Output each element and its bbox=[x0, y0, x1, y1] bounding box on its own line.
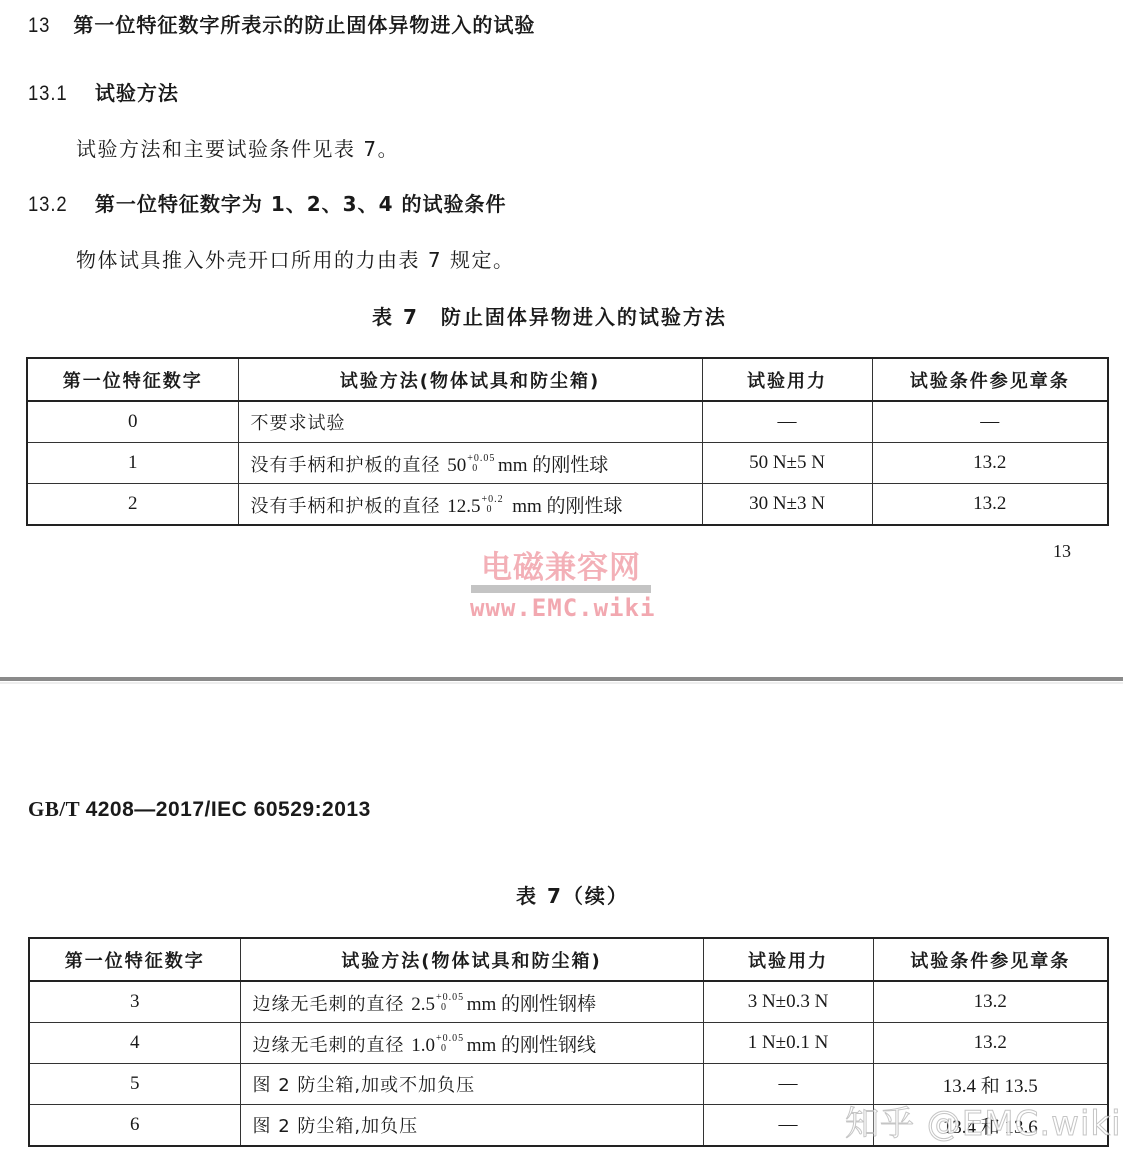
tolerance: +0.20 bbox=[481, 498, 503, 516]
cell-method: 边缘无毛刺的直径 1.0+0.050 mm 的刚性钢线 bbox=[240, 1023, 703, 1064]
watermark-zhihu: 知乎 @EMC.wiki bbox=[845, 1096, 1122, 1145]
cell-digit: 5 bbox=[29, 1064, 240, 1105]
cell-method: 边缘无毛刺的直径 2.5+0.050 mm 的刚性钢棒 bbox=[240, 981, 703, 1023]
page-number: 13 bbox=[1053, 541, 1071, 562]
table-row: 0 不要求试验 — — bbox=[27, 401, 1108, 443]
cell-method: 图 2 防尘箱,加负压 bbox=[240, 1105, 703, 1147]
table-row: 4 边缘无毛刺的直径 1.0+0.050 mm 的刚性钢线 1 N±0.1 N … bbox=[29, 1023, 1108, 1064]
table-header-row: 第一位特征数字 试验方法(物体试具和防尘箱) 试验用力 试验条件参见章条 bbox=[27, 358, 1108, 401]
table-header-row: 第一位特征数字 试验方法(物体试具和防尘箱) 试验用力 试验条件参见章条 bbox=[29, 938, 1108, 981]
cell-method: 图 2 防尘箱,加或不加负压 bbox=[240, 1064, 703, 1105]
table-row: 2 没有手柄和护板的直径 12.5+0.20 mm 的刚性球 30 N±3 N … bbox=[27, 484, 1108, 526]
header-force: 试验用力 bbox=[702, 358, 872, 401]
section-title: 第一位特征数字为 1、2、3、4 的试验条件 bbox=[95, 192, 507, 216]
section-number: 13.2 bbox=[28, 193, 67, 217]
watermark-site-name: 电磁兼容网 bbox=[470, 542, 652, 587]
tolerance: +0.050 bbox=[436, 996, 458, 1014]
table-row: 3 边缘无毛刺的直径 2.5+0.050 mm 的刚性钢棒 3 N±0.3 N … bbox=[29, 981, 1108, 1023]
section-13-1-body: 试验方法和主要试验条件见表 7。 bbox=[76, 133, 399, 162]
section-title: 试验方法 bbox=[95, 81, 179, 105]
cell-force: 3 N±0.3 N bbox=[703, 981, 873, 1023]
cell-digit: 1 bbox=[27, 443, 238, 484]
cell-digit: 2 bbox=[27, 484, 238, 526]
watermark-site-url: www.EMC.wiki bbox=[470, 594, 652, 622]
cell-method: 没有手柄和护板的直径 12.5+0.20 mm 的刚性球 bbox=[238, 484, 702, 526]
section-title: 第一位特征数字所表示的防止固体异物进入的试验 bbox=[73, 13, 535, 37]
standard-code-number: 4208—2017/IEC 60529:2013 bbox=[86, 798, 371, 821]
header-method: 试验方法(物体试具和防尘箱) bbox=[238, 358, 702, 401]
cell-digit: 6 bbox=[29, 1105, 240, 1147]
cell-force: 50 N±5 N bbox=[702, 443, 872, 484]
page-divider-shadow bbox=[0, 682, 1123, 684]
cell-method: 没有手柄和护板的直径 50+0.050 mm 的刚性球 bbox=[238, 443, 702, 484]
watermark-bar bbox=[471, 585, 651, 593]
header-digit: 第一位特征数字 bbox=[27, 358, 238, 401]
section-number: 13.1 bbox=[28, 82, 67, 106]
cell-clause: 13.2 bbox=[873, 981, 1108, 1023]
standard-code: GB/T 4208—2017/IEC 60529:2013 bbox=[28, 797, 371, 822]
header-digit: 第一位特征数字 bbox=[29, 938, 240, 981]
table-7-caption: 表 7 防止固体异物进入的试验方法 bbox=[372, 301, 727, 330]
cell-method: 不要求试验 bbox=[238, 401, 702, 443]
table-7-cont-caption: 表 7（续） bbox=[516, 880, 629, 909]
cell-force: 30 N±3 N bbox=[702, 484, 872, 526]
section-13-1-heading: 13.1试验方法 bbox=[28, 77, 179, 106]
standard-code-prefix: GB/T bbox=[28, 797, 80, 821]
table-row: 1 没有手柄和护板的直径 50+0.050 mm 的刚性球 50 N±5 N 1… bbox=[27, 443, 1108, 484]
cell-clause: 13.2 bbox=[873, 1023, 1108, 1064]
page-divider bbox=[0, 677, 1123, 681]
table-7: 第一位特征数字 试验方法(物体试具和防尘箱) 试验用力 试验条件参见章条 0 不… bbox=[26, 357, 1109, 526]
section-13-2-heading: 13.2第一位特征数字为 1、2、3、4 的试验条件 bbox=[28, 188, 506, 217]
cell-force: 1 N±0.1 N bbox=[703, 1023, 873, 1064]
tolerance: +0.050 bbox=[467, 457, 489, 475]
tolerance: +0.050 bbox=[436, 1037, 458, 1055]
header-force: 试验用力 bbox=[703, 938, 873, 981]
cell-digit: 4 bbox=[29, 1023, 240, 1064]
header-method: 试验方法(物体试具和防尘箱) bbox=[240, 938, 703, 981]
cell-clause: 13.2 bbox=[872, 484, 1108, 526]
header-clause: 试验条件参见章条 bbox=[873, 938, 1108, 981]
cell-force: — bbox=[702, 401, 872, 443]
cell-clause: — bbox=[872, 401, 1108, 443]
cell-digit: 3 bbox=[29, 981, 240, 1023]
header-clause: 试验条件参见章条 bbox=[872, 358, 1108, 401]
section-number: 13 bbox=[28, 14, 50, 38]
section-13-heading: 13第一位特征数字所表示的防止固体异物进入的试验 bbox=[28, 9, 535, 38]
cell-digit: 0 bbox=[27, 401, 238, 443]
section-13-2-body: 物体试具推入外壳开口所用的力由表 7 规定。 bbox=[76, 244, 514, 273]
cell-clause: 13.2 bbox=[872, 443, 1108, 484]
